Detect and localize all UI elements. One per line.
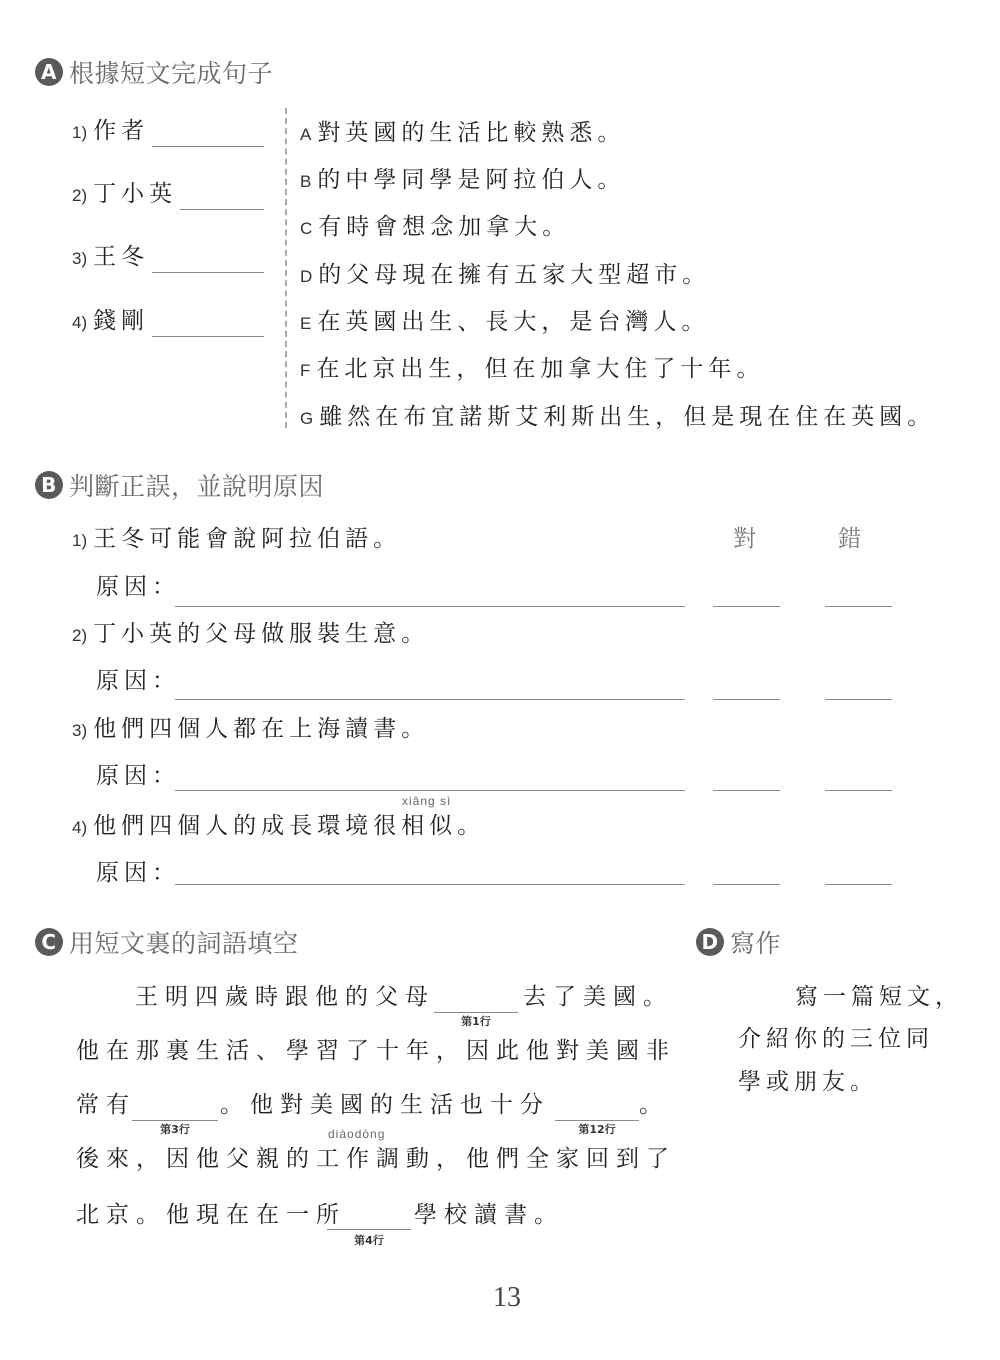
option-text: 對英國的生活比較熟悉。 <box>317 114 625 147</box>
cloze-text: 北京。他現在在一所 <box>76 1196 346 1229</box>
dashed-divider <box>285 108 287 428</box>
a-option: B 的中學同學是阿拉伯人。 <box>300 161 625 194</box>
option-letter: D <box>300 267 312 287</box>
section-c-header: C 用短文裏的詞語填空 <box>35 924 299 960</box>
section-a-badge: A <box>35 58 63 86</box>
b-true-blank-1[interactable] <box>713 606 780 607</box>
b-false-blank-1[interactable] <box>825 606 892 607</box>
item-number: 4) <box>72 818 87 838</box>
a-answer-blank-4[interactable] <box>152 336 264 337</box>
cloze-text: 常有 <box>76 1086 136 1119</box>
section-a-title: 根據短文完成句子 <box>69 54 273 90</box>
option-letter: G <box>300 409 313 429</box>
statement-text: 他們四個人的成長環境很相似。 <box>93 807 485 840</box>
b-reason-blank-3[interactable] <box>175 790 685 791</box>
item-number: 3) <box>72 721 87 741</box>
line-reference: 第3行 <box>132 1121 218 1137</box>
a-item-2: 2) 丁小英 <box>72 175 177 208</box>
b-false-blank-3[interactable] <box>825 790 892 791</box>
section-d-badge: D <box>696 928 724 956</box>
item-name: 王冬 <box>93 238 149 271</box>
cloze-text: 王明四歲時跟他的父母 <box>135 978 435 1011</box>
page-number: 13 <box>493 1282 521 1314</box>
statement-text: 王冬可能會說阿拉伯語。 <box>93 520 401 553</box>
line-reference: 第12行 <box>555 1121 639 1137</box>
b-statement-1: 1) 王冬可能會說阿拉伯語。 <box>72 520 401 553</box>
reason-label: 原因： <box>96 854 180 887</box>
option-text: 在英國出生、長大，是台灣人。 <box>317 303 709 336</box>
a-item-3: 3) 王冬 <box>72 238 149 271</box>
cloze-text: 。他對美國的生活也十分 <box>220 1086 550 1119</box>
option-letter: C <box>300 219 312 239</box>
b-statement-3: 3) 他們四個人都在上海讀書。 <box>72 710 429 743</box>
b-statement-4: 4) 他們四個人的成長環境很相似。 <box>72 807 485 840</box>
cloze-blank-4[interactable] <box>327 1229 411 1230</box>
item-name: 錢剛 <box>93 302 149 335</box>
reason-text: 原因： <box>96 854 180 887</box>
writing-prompt-line: 介紹你的三位同 <box>738 1020 934 1053</box>
b-true-blank-3[interactable] <box>713 790 780 791</box>
b-reason-blank-2[interactable] <box>175 699 685 700</box>
item-name: 作者 <box>93 112 149 145</box>
writing-prompt-line: 學或朋友。 <box>738 1063 878 1096</box>
option-text: 有時會想念加拿大。 <box>318 208 570 241</box>
option-text: 雖然在布宜諾斯艾利斯出生，但是現在住在英國。 <box>319 398 935 431</box>
false-column-label: 錯 <box>838 520 861 553</box>
a-option: F 在北京出生，但在加拿大住了十年。 <box>300 350 764 383</box>
reason-text: 原因： <box>96 662 180 695</box>
reason-text: 原因： <box>96 568 180 601</box>
a-answer-blank-2[interactable] <box>180 209 264 210</box>
b-reason-blank-1[interactable] <box>175 606 685 607</box>
b-false-blank-4[interactable] <box>825 884 892 885</box>
a-item-4: 4) 錢剛 <box>72 302 149 335</box>
writing-prompt-line: 寫一篇短文， <box>795 978 963 1011</box>
line-reference: 第4行 <box>327 1232 411 1248</box>
reason-text: 原因： <box>96 757 180 790</box>
item-number: 1) <box>72 531 87 551</box>
option-text: 在北京出生，但在加拿大住了十年。 <box>316 350 764 383</box>
b-reason-blank-4[interactable] <box>175 884 685 885</box>
item-name: 丁小英 <box>93 175 177 208</box>
statement-text: 他們四個人都在上海讀書。 <box>93 710 429 743</box>
item-number: 3) <box>72 249 87 269</box>
statement-text: 丁小英的父母做服裝生意。 <box>93 615 429 648</box>
cloze-text: 。 <box>639 1086 669 1119</box>
cloze-text: 後來，因他父親的工作調動，他們全家回到了 <box>76 1140 676 1173</box>
option-text: 的父母現在擁有五家大型超市。 <box>318 256 710 289</box>
item-number: 2) <box>72 186 87 206</box>
option-letter: A <box>300 125 311 145</box>
section-c-badge: C <box>35 928 63 956</box>
option-letter: B <box>300 172 311 192</box>
a-answer-blank-3[interactable] <box>152 272 264 273</box>
item-number: 2) <box>72 626 87 646</box>
section-b-title: 判斷正誤，並說明原因 <box>69 467 324 503</box>
b-true-blank-4[interactable] <box>713 884 780 885</box>
item-number: 4) <box>72 313 87 333</box>
section-d-header: D 寫作 <box>696 924 781 960</box>
cloze-text: 去了美國。 <box>523 978 673 1011</box>
cloze-text: 他在那裏生活、學習了十年，因此他對美國非 <box>76 1032 676 1065</box>
b-statement-2: 2) 丁小英的父母做服裝生意。 <box>72 615 429 648</box>
pinyin-annotation: xiāng sì <box>402 794 451 808</box>
true-column-label: 對 <box>733 520 756 553</box>
item-number: 1) <box>72 123 87 143</box>
section-a-header: A 根據短文完成句子 <box>35 54 273 90</box>
b-true-blank-2[interactable] <box>713 699 780 700</box>
section-c-title: 用短文裏的詞語填空 <box>69 924 299 960</box>
a-option: A 對英國的生活比較熟悉。 <box>300 114 625 147</box>
a-answer-blank-1[interactable] <box>152 146 264 147</box>
a-option: C 有時會想念加拿大。 <box>300 208 570 241</box>
line-reference: 第1行 <box>434 1013 518 1029</box>
reason-label: 原因： <box>96 757 180 790</box>
section-d-title: 寫作 <box>730 924 781 960</box>
pinyin-annotation: diàodòng <box>328 1127 385 1141</box>
b-false-blank-2[interactable] <box>825 699 892 700</box>
option-text: 的中學同學是阿拉伯人。 <box>317 161 625 194</box>
reason-label: 原因： <box>96 568 180 601</box>
cloze-text: 學校讀書。 <box>414 1196 564 1229</box>
a-option: D 的父母現在擁有五家大型超市。 <box>300 256 710 289</box>
option-letter: F <box>300 361 310 381</box>
a-option: G 雖然在布宜諾斯艾利斯出生，但是現在住在英國。 <box>300 398 935 431</box>
a-item-1: 1) 作者 <box>72 112 149 145</box>
section-b-header: B 判斷正誤，並說明原因 <box>35 467 324 503</box>
option-letter: E <box>300 314 311 334</box>
a-option: E 在英國出生、長大，是台灣人。 <box>300 303 709 336</box>
section-b-badge: B <box>35 471 63 499</box>
reason-label: 原因： <box>96 662 180 695</box>
